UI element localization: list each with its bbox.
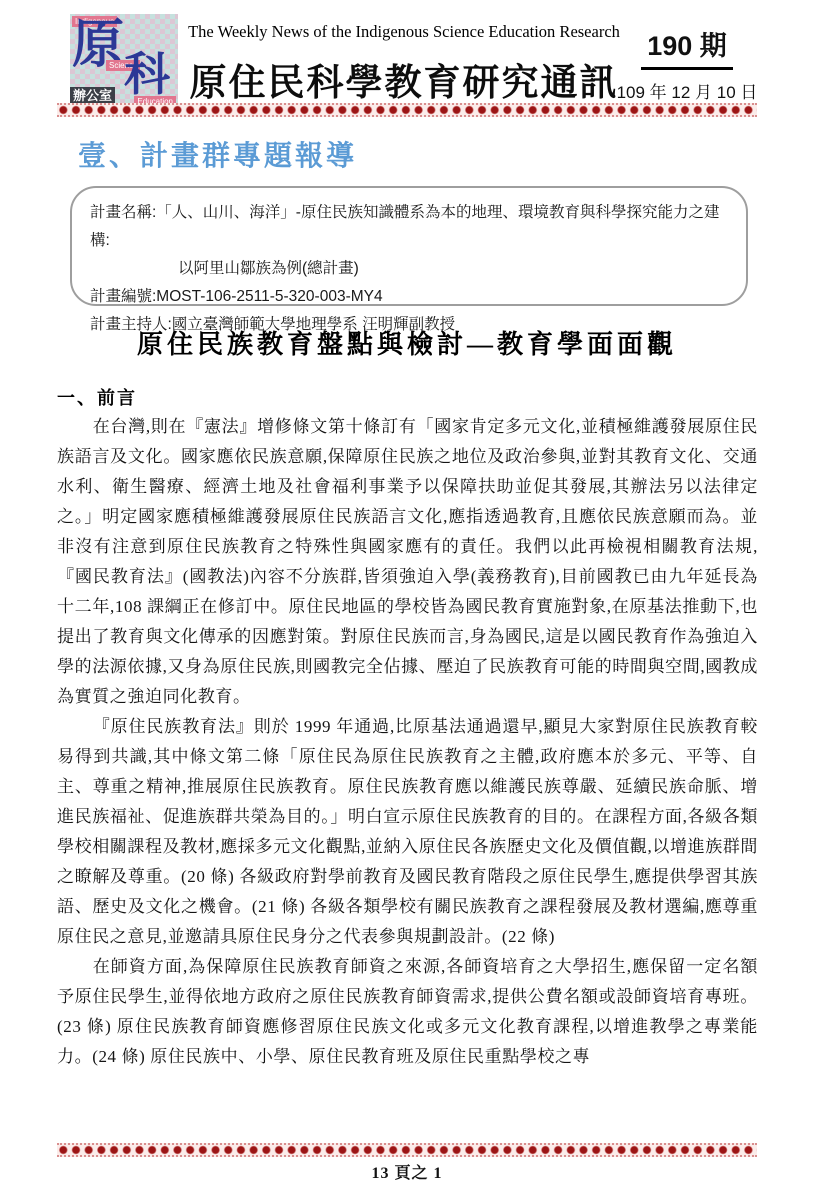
project-name-line1: 計畫名稱:「人、山川、海洋」-原住民族知識體系為本的地理、環境教育與科學探究能力… <box>90 199 728 255</box>
decorative-divider-top <box>57 103 757 117</box>
article-paragraph: 在師資方面,為保障原住民族教育師資之來源,各師資培育之大學招生,應保留一定名額予… <box>57 952 758 1072</box>
newsletter-page: Indigenous 原 Science 科 Education 辦公室 The… <box>0 0 814 1180</box>
issue-block: 190 期 109 年 12 月 10 日 <box>602 24 772 103</box>
article-paragraph: 在台灣,則在『憲法』增修條文第十條訂有「國家肯定多元文化,並積極維護發展原住民族… <box>57 412 758 712</box>
newsletter-logo: Indigenous 原 Science 科 Education 辦公室 <box>70 14 178 110</box>
article-paragraph: 『原住民族教育法』則於 1999 年通過,比原基法通過還早,顯見大家對原住民族教… <box>57 712 758 952</box>
article-body: 在台灣,則在『憲法』增修條文第十條訂有「國家肯定多元文化,並積極維護發展原住民族… <box>57 412 758 1072</box>
logo-char-ke: 科 <box>124 52 170 98</box>
issue-date: 109 年 12 月 10 日 <box>602 78 772 103</box>
english-tagline: The Weekly News of the Indigenous Scienc… <box>188 22 620 42</box>
section-heading: 壹、計畫群專題報導 <box>78 134 357 174</box>
article-title: 原住民族教育盤點與檢討—教育學面面觀 <box>57 324 757 361</box>
project-name-line2: 以阿里山鄒族為例(總計畫) <box>90 255 728 283</box>
project-info-box: 計畫名稱:「人、山川、海洋」-原住民族知識體系為本的地理、環境教育與科學探究能力… <box>70 186 748 306</box>
page-number: 13 頁之 1 <box>0 1160 814 1180</box>
logo-label-office: 辦公室 <box>70 87 115 104</box>
masthead: The Weekly News of the Indigenous Scienc… <box>188 22 620 106</box>
decorative-divider-bottom <box>57 1143 757 1157</box>
issue-number: 190 期 <box>641 24 733 70</box>
project-number: 計畫編號:MOST-106-2511-5-320-003-MY4 <box>90 283 728 311</box>
newsletter-title: 原住民科學教育研究通訊 <box>188 52 620 106</box>
article-subheading: 一、前言 <box>57 384 137 410</box>
